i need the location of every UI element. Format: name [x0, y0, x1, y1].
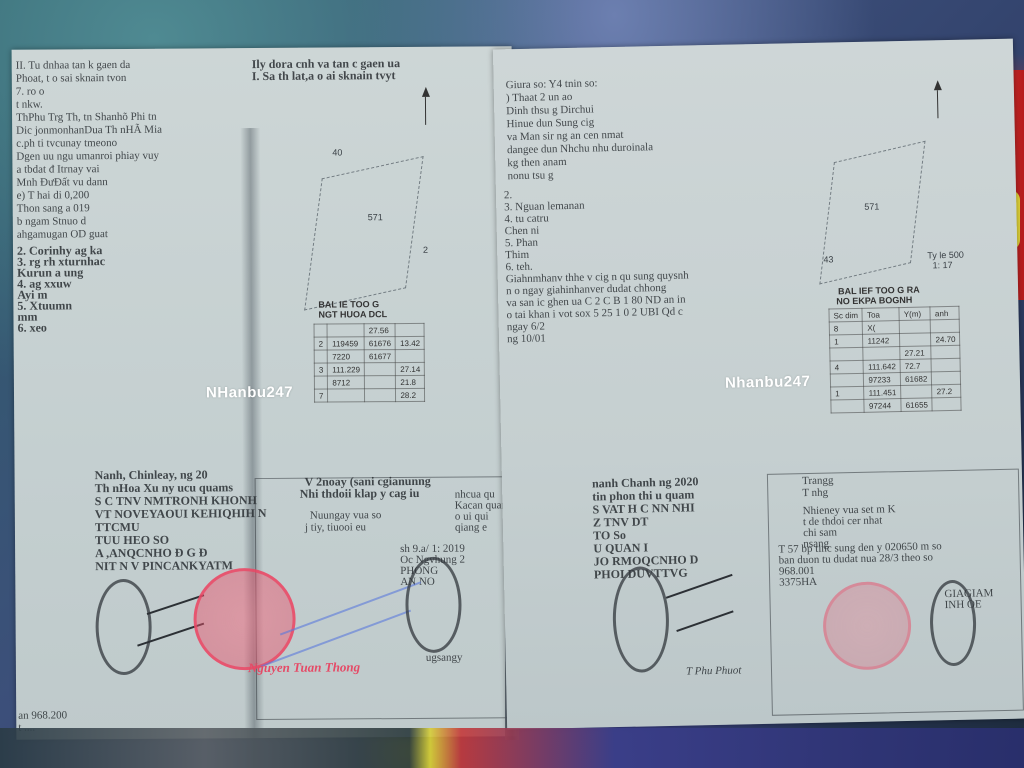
text-line: ThPhu Trg Th, tn Shanhõ Phi tn: [16, 111, 157, 125]
table-cell: [328, 389, 365, 402]
table-header-cell: Y(m): [899, 307, 931, 321]
coord-table-subtitle: NO EKPA BOGNH: [836, 295, 912, 307]
table-cell: 4: [830, 360, 864, 374]
table-cell: [364, 363, 395, 376]
table-cell: [931, 319, 960, 333]
plot-number: 571: [368, 212, 383, 222]
text-line: qiang e: [455, 521, 487, 534]
map-title-2: I. Sa th lat,a o ai sknain tvyt: [252, 69, 396, 83]
table-cell: [365, 376, 396, 389]
table-cell: [863, 347, 900, 361]
table-cell: 11242: [863, 334, 900, 348]
table-cell: 7220: [328, 350, 365, 363]
table-cell: [932, 371, 961, 385]
red-signature-caption: Nguyen Tuan Thong: [248, 659, 360, 676]
map-scale: 1: 17: [932, 260, 952, 270]
table-cell: [830, 347, 864, 361]
table-cell: 1: [829, 334, 863, 348]
table-header-cell: Sc dim: [829, 308, 863, 322]
table-cell: 97233: [864, 373, 901, 387]
north-arrow-line: [425, 97, 426, 125]
coordinate-table: Sc dimToaY(m)anh8X(11124224.7027.214111.…: [828, 306, 962, 414]
table-cell: [830, 373, 864, 387]
table-cell: 2: [314, 337, 328, 350]
text-line: Thon sang a 019: [17, 202, 90, 216]
table-cell: 97244: [864, 399, 901, 413]
text-line: a tbdat đ Itrnay vai: [16, 163, 99, 177]
text-line: e) T hai di 0,200: [17, 189, 90, 203]
table-row: 27.56: [314, 323, 425, 337]
table-cell: 111.642: [863, 360, 900, 374]
table-row: 871221.8: [314, 375, 425, 389]
text-line: Giura so: Y4 tnin so:: [506, 77, 598, 92]
text-line: ng 10/01: [507, 332, 546, 346]
table-cell: [395, 323, 424, 336]
table-cell: 8: [829, 321, 863, 335]
text-line: 6. xeo: [17, 322, 46, 335]
map-scale: Ty le 500: [927, 250, 964, 261]
official-seal-stamp: [405, 557, 462, 653]
text-line: INH OE: [945, 598, 982, 612]
table-cell: 3: [314, 363, 328, 376]
table-cell: [365, 389, 396, 402]
table-cell: [396, 349, 425, 362]
map-label: 43: [823, 254, 833, 264]
table-cell: 27.2: [932, 384, 961, 398]
changes-header: Nhi thdoii klap y cag iu: [300, 487, 420, 501]
signature-stroke: [676, 610, 733, 632]
text-line: 3375HA: [779, 576, 817, 590]
coord-table-subtitle: NGT HUOA DCL: [318, 309, 387, 319]
table-row: 722061677: [314, 349, 425, 363]
table-cell: [899, 320, 931, 334]
changes-cell: j tiy, tiuooi eu: [305, 521, 366, 534]
watermark-text: Nhanbu247: [725, 373, 811, 392]
table-cell: [932, 397, 961, 411]
table-cell: [314, 324, 328, 337]
table-cell: [901, 385, 933, 399]
coordinate-table: 27.5621194596167613.427220616773111.2292…: [314, 323, 426, 403]
table-cell: 111.451: [864, 386, 901, 400]
text-line: kg then anam: [507, 156, 567, 170]
text-line: t nkw.: [16, 99, 43, 112]
table-header-cell: anh: [930, 306, 959, 320]
table-row: 21194596167613.42: [314, 336, 425, 350]
table-cell: [327, 324, 364, 337]
north-arrow-icon: [422, 87, 430, 97]
table-cell: [900, 333, 932, 347]
text-line: 7. ro o: [16, 86, 45, 99]
north-arrow-icon: [934, 80, 942, 90]
official-seal-stamp: [95, 579, 152, 675]
north-arrow-line: [937, 90, 939, 118]
map-label: 2: [423, 245, 428, 255]
table-cell: [314, 376, 328, 389]
table-cell: 72.7: [900, 359, 932, 373]
table-cell: 27.21: [900, 346, 932, 360]
text-line: ahgamugan OD guat: [17, 228, 108, 242]
table-cell: 8712: [328, 376, 365, 389]
land-plot-outline: [819, 141, 925, 285]
coord-table-title: BAL IE TOO G: [318, 299, 379, 309]
table-cell: 1: [831, 386, 865, 400]
table-cell: 61655: [901, 398, 933, 412]
certificate-left-page: II. Tu dnhaa tan k gaen daPhoat, t o sai…: [12, 46, 517, 739]
certificate-right-page: Giura so: Y4 tnin so:) Thaat 2 un aoDinh…: [493, 39, 1024, 730]
text-line: Dic jonmonhanDua Th nHÃ Mia: [16, 124, 162, 138]
map-label: 40: [332, 147, 342, 157]
text-line: NIT N V PINCANKYATM: [95, 559, 233, 573]
table-row: 728.2: [314, 388, 425, 402]
text-line: Dgen uu ngu umanroi phiay vuy: [16, 150, 159, 164]
text-line: c.ph ti tvcunay tmeono: [16, 137, 117, 151]
table-cell: 24.70: [931, 332, 960, 346]
table-row: 3111.22927.14: [314, 362, 425, 376]
table-cell: 28.2: [396, 388, 425, 401]
plot-number: 571: [864, 201, 879, 211]
text-line: Mnh ĐưĐất vu dann: [16, 176, 107, 190]
red-seal-stamp: [193, 568, 296, 671]
table-cell: 119459: [328, 337, 365, 350]
table-cell: 111.229: [328, 363, 365, 376]
watermark-text: NHanbu247: [206, 384, 293, 402]
text-line: dangee dun Nhchu nhu duroinala: [507, 141, 653, 157]
table-cell: [831, 399, 865, 413]
table-cell: 27.56: [364, 324, 395, 337]
tablecloth-bottom: [0, 728, 1024, 768]
official-seal-stamp: [612, 566, 670, 673]
table-cell: X(: [863, 321, 900, 335]
table-cell: 13.42: [396, 336, 425, 349]
table-cell: [931, 345, 960, 359]
table-cell: [314, 350, 328, 363]
land-plot-outline: [304, 156, 423, 311]
table-cell: 61677: [364, 350, 395, 363]
table-cell: [931, 358, 960, 372]
table-row: 9724461655: [831, 397, 962, 413]
table-cell: 21.8: [396, 375, 425, 388]
table-cell: 61682: [900, 372, 932, 386]
signature-caption: T Phu Phuot: [686, 664, 742, 678]
stamp-caption: ugsangy: [426, 652, 463, 665]
text-line: nonu tsu g: [507, 169, 553, 183]
table-cell: 27.14: [396, 362, 425, 375]
table-cell: 7: [314, 389, 328, 402]
text-line: Phoat, t o sai sknain tvon: [16, 72, 127, 86]
text-line: II. Tu dnhaa tan k gaen da: [16, 59, 131, 73]
table-cell: 61676: [364, 337, 395, 350]
changes-header: T nhg: [802, 487, 828, 501]
text-line: b ngam Stnuo d: [17, 215, 86, 228]
table-header-cell: Toa: [862, 308, 899, 322]
